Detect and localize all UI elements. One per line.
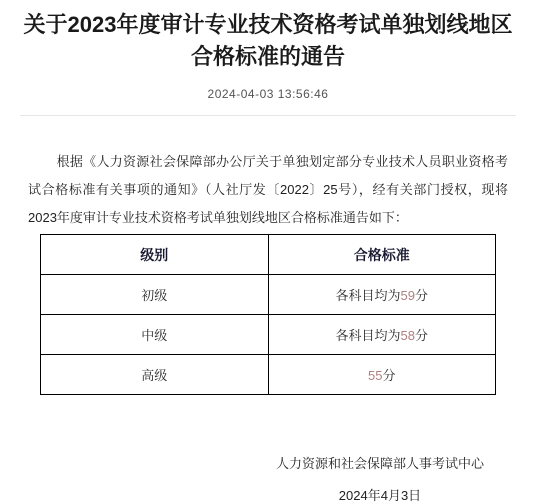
publish-timestamp: 2024-04-03 13:56:46: [0, 87, 536, 101]
score-value: 59: [401, 288, 415, 303]
issue-date: 2024年4月3日: [230, 487, 530, 504]
standard-prefix: 各科目均为: [336, 328, 401, 343]
column-header-standard: 合格标准: [268, 235, 496, 275]
signature-block: 人力资源和社会保障部人事考试中心 2024年4月3日: [230, 455, 530, 504]
column-header-level: 级别: [41, 235, 269, 275]
standard-suffix: 分: [415, 328, 428, 343]
horizontal-divider: [20, 115, 516, 116]
standard-cell: 55分: [268, 355, 496, 395]
score-value: 58: [401, 328, 415, 343]
score-value: 55: [368, 368, 382, 383]
notice-page: 关于2023年度审计专业技术资格考试单独划线地区 合格标准的通告 2024-04…: [0, 0, 536, 504]
standard-cell: 各科目均为58分: [268, 315, 496, 355]
table-row: 中级 各科目均为58分: [41, 315, 496, 355]
level-cell: 中级: [41, 315, 269, 355]
standard-suffix: 分: [382, 368, 395, 383]
table-row: 高级 55分: [41, 355, 496, 395]
standard-suffix: 分: [415, 288, 428, 303]
page-title: 关于2023年度审计专业技术资格考试单独划线地区 合格标准的通告: [0, 0, 536, 73]
standard-cell: 各科目均为59分: [268, 275, 496, 315]
table-header-row: 级别 合格标准: [41, 235, 496, 275]
page-title-line-1: 关于2023年度审计专业技术资格考试单独划线地区: [0, 9, 536, 41]
standard-prefix: 各科目均为: [336, 288, 401, 303]
table-row: 初级 各科目均为59分: [41, 275, 496, 315]
level-cell: 高级: [41, 355, 269, 395]
level-cell: 初级: [41, 275, 269, 315]
issuer-name: 人力资源和社会保障部人事考试中心: [230, 455, 530, 472]
passing-standards-table: 级别 合格标准 初级 各科目均为59分 中级 各科目均为58分 高级 55分: [40, 234, 496, 395]
page-title-line-2: 合格标准的通告: [0, 41, 536, 73]
notice-paragraph: 根据《人力资源社会保障部办公厅关于单独划定部分专业技术人员职业资格考试合格标准有…: [28, 148, 508, 232]
